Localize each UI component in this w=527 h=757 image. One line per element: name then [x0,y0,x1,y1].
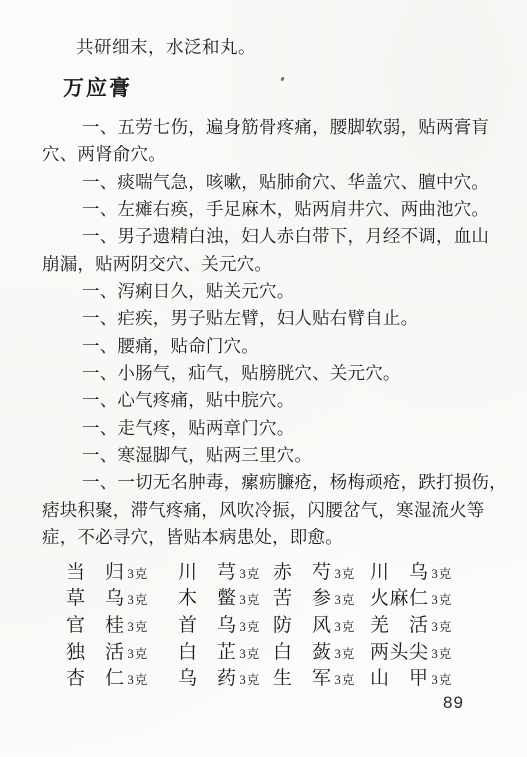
ingredient-quantity: 3克 [335,590,356,608]
body-line: 崩漏，贴两阴交穴、关元穴。 [42,251,492,278]
ingredients-table: 当 归3克 川 芎3克 赤 芍3克 川 乌3克 草 乌3克 木 鳖3克 苦 参3… [66,557,452,690]
ingredient-name: 火麻仁 [370,583,429,610]
ingredient-cell: 苦 参3克 [273,583,370,610]
ingredient-name: 生 军 [273,663,332,690]
ingredient-cell: 白 芷3克 [178,637,273,664]
body-line: 一、小肠气，疝气，贴膀胱穴、关元穴。 [42,360,492,387]
page-number: 89 [443,693,464,713]
body-line: 症，不必寻穴，皆贴本病患处，即愈。 [42,524,492,551]
ingredient-quantity: 3克 [240,590,261,608]
ingredient-row: 草 乌3克 木 鳖3克 苦 参3克 火麻仁3克 [66,584,452,611]
ingredient-quantity: 3克 [335,644,356,662]
ingredient-quantity: 3克 [128,564,149,582]
ingredient-name: 木 鳖 [178,583,237,610]
body-line: 痞块积聚，滞气疼痛，风吹冷振，闪腰岔气，寒湿流火等 [42,497,492,524]
ingredient-cell: 火麻仁3克 [370,583,452,610]
body-line: 一、五劳七伤，遍身筋骨疼痛，腰脚软弱，贴两膏肓 [42,114,492,141]
ingredient-cell: 赤 芍3克 [273,557,370,584]
ingredient-name: 川 芎 [178,557,237,584]
ingredient-row: 杏 仁3克 乌 药3克 生 军3克 山 甲3克 [66,663,452,690]
ingredient-quantity: 3克 [240,617,261,635]
ingredient-cell: 川 乌3克 [370,557,452,584]
ingredient-name: 苦 参 [273,583,332,610]
ingredient-cell: 杏 仁3克 [66,663,178,690]
ingredient-cell: 川 芎3克 [178,557,273,584]
body-line: 一、男子遗精白浊，妇人赤白带下，月经不调，血山 [42,223,492,250]
body-line: 一、腰痛，贴命门穴。 [42,333,492,360]
intro-line: 共研细末，水泛和丸。 [76,34,256,59]
ingredient-cell: 山 甲3克 [370,663,452,690]
ingredient-quantity: 3克 [128,644,149,662]
ingredient-quantity: 3克 [432,617,453,635]
ingredient-name: 白 芷 [178,637,237,664]
body-line: 穴、两肾俞穴。 [42,141,492,168]
ingredient-cell: 草 乌3克 [66,583,178,610]
ingredient-quantity: 3克 [335,670,356,688]
ingredient-quantity: 3克 [432,644,453,662]
ingredient-name: 川 乌 [370,557,429,584]
ingredient-cell: 防 风3克 [273,610,370,637]
body-line: 一、泻痢日久，贴关元穴。 [42,278,492,305]
ingredient-quantity: 3克 [128,590,149,608]
ingredient-name: 赤 芍 [273,557,332,584]
body-line: 一、寒湿脚气，贴两三里穴。 [42,442,492,469]
ingredient-cell: 官 桂3克 [66,610,178,637]
ingredient-cell: 独 活3克 [66,637,178,664]
ingredient-name: 羌 活 [370,610,429,637]
body-line: 一、走气疼，贴两章门穴。 [42,415,492,442]
ingredient-quantity: 3克 [240,644,261,662]
ingredient-row: 独 活3克 白 芷3克 白 蔹3克 两头尖3克 [66,637,452,664]
ingredient-name: 两头尖 [370,637,429,664]
print-speck [280,77,284,82]
ingredient-quantity: 3克 [432,590,453,608]
body-line: 一、一切无名肿毒，瘰疬臁疮，杨梅顽疮，跌打损伤， [42,469,492,496]
ingredient-name: 首 乌 [178,610,237,637]
ingredient-cell: 羌 活3克 [370,610,452,637]
ingredient-quantity: 3克 [128,617,149,635]
ingredient-name: 白 蔹 [273,637,332,664]
ingredient-name: 山 甲 [370,663,429,690]
ingredient-cell: 首 乌3克 [178,610,273,637]
ingredient-quantity: 3克 [128,670,149,688]
ingredient-name: 官 桂 [66,610,125,637]
ingredient-name: 防 风 [273,610,332,637]
ingredient-name: 当 归 [66,557,125,584]
body-line: 一、疟疾，男子贴左臂，妇人贴右臂自止。 [42,305,492,332]
ingredient-cell: 生 军3克 [273,663,370,690]
body-line: 一、心气疼痛，贴中脘穴。 [42,387,492,414]
body-text: 一、五劳七伤，遍身筋骨疼痛，腰脚软弱，贴两膏肓 穴、两肾俞穴。 一、痰喘气急，咳… [42,114,492,552]
ingredient-name: 独 活 [66,637,125,664]
ingredient-quantity: 3克 [432,564,453,582]
ingredient-row: 当 归3克 川 芎3克 赤 芍3克 川 乌3克 [66,557,452,584]
ingredient-name: 乌 药 [178,663,237,690]
body-line: 一、左瘫右痪，手足麻木，贴两肩井穴、两曲池穴。 [42,196,492,223]
ingredient-cell: 两头尖3克 [370,637,452,664]
body-line: 一、痰喘气急，咳嗽，贴肺俞穴、华盖穴、膻中穴。 [42,169,492,196]
ingredient-quantity: 3克 [240,564,261,582]
ingredient-cell: 当 归3克 [66,557,178,584]
ingredient-quantity: 3克 [335,564,356,582]
ingredient-quantity: 3克 [240,670,261,688]
ingredient-cell: 乌 药3克 [178,663,273,690]
ingredient-cell: 白 蔹3克 [273,637,370,664]
section-heading: 万应膏 [63,72,132,102]
ingredient-name: 草 乌 [66,583,125,610]
ingredient-quantity: 3克 [432,670,453,688]
book-page: 共研细末，水泛和丸。 万应膏 一、五劳七伤，遍身筋骨疼痛，腰脚软弱，贴两膏肓 穴… [0,0,527,757]
ingredient-cell: 木 鳖3克 [178,583,273,610]
ingredient-row: 官 桂3克 首 乌3克 防 风3克 羌 活3克 [66,610,452,637]
ingredient-name: 杏 仁 [66,663,125,690]
ingredient-quantity: 3克 [335,617,356,635]
